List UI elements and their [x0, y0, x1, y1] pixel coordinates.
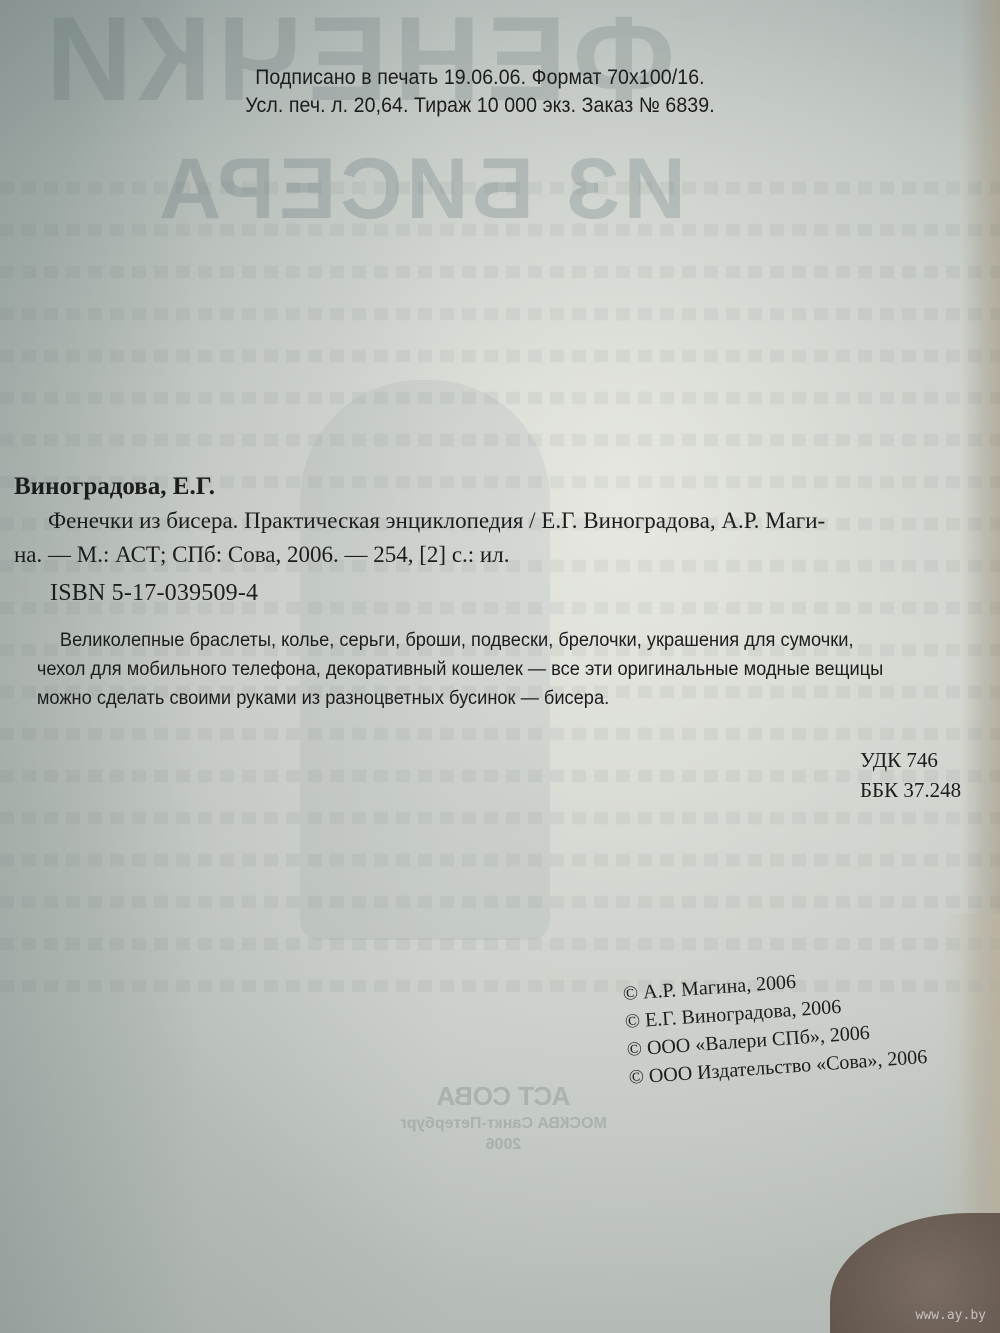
catalog-title-line: Фенечки из бисера. Практическая энциклоп… — [14, 504, 974, 538]
annotation-line: Великолепные браслеты, колье, серьги, бр… — [58, 626, 932, 655]
annotation-line: чехол для мобильного телефона, декоратив… — [37, 655, 932, 684]
site-watermark: www.ay.by — [916, 1308, 986, 1323]
copyright-notices: © А.Р. Магина, 2006 © Е.Г. Виноградова, … — [622, 959, 928, 1092]
annotation-line: можно сделать своими руками из разноцвет… — [37, 684, 932, 713]
print-imprint: Подписано в печать 19.06.06. Формат 70x1… — [34, 64, 927, 120]
catalog-author: Виноградова, Е.Г. — [14, 470, 974, 504]
catalog-record: Виноградова, Е.Г. Фенечки из бисера. Пра… — [14, 470, 974, 572]
isbn: ISBN 5-17-039509-4 — [50, 580, 258, 607]
imprint-line-circulation: Усл. печ. л. 20,64. Тираж 10 000 экз. За… — [34, 92, 927, 120]
page-edge-shadow — [940, 913, 1000, 1213]
imprint-line-signed: Подписано в печать 19.06.06. Формат 70x1… — [34, 64, 927, 92]
book-annotation: Великолепные браслеты, колье, серьги, бр… — [58, 626, 932, 713]
classification-codes: УДК 746 ББК 37.248 — [860, 745, 961, 805]
udk-code: УДК 746 — [860, 745, 961, 775]
bbk-code: ББК 37.248 — [860, 775, 961, 805]
catalog-publication-line: на. — М.: АСТ; СПб: Сова, 2006. — 254, [… — [14, 538, 974, 572]
